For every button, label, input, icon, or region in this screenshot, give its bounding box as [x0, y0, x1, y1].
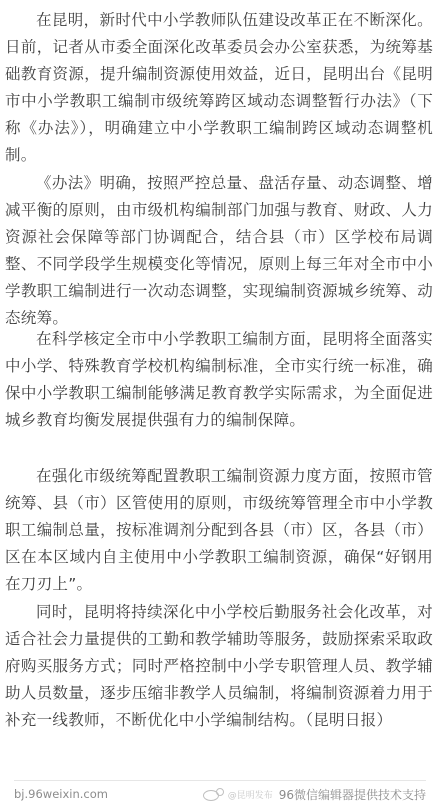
footer-right: @昆明发布 96微信编辑器提供技术支持: [203, 786, 426, 803]
paragraph-intro: 在昆明，新时代中小学教师队伍建设改革正在不断深化。日前，记者从市委全面深化改革委…: [5, 7, 433, 169]
paragraph-measures: 《办法》明确，按照严控总量、盘活存量、动态调整、增减平衡的原则，由市级机构编制部…: [5, 170, 433, 332]
watermark: @昆明发布: [203, 788, 273, 801]
paragraph-reform: 同时，昆明将持续深化中小学校后勤服务社会化改革，对适合社会力量提供的工勤和教学辅…: [5, 599, 433, 734]
weibo-icon: [203, 788, 225, 800]
watermark-text: @昆明发布: [228, 788, 273, 801]
support-text: 96微信编辑器提供技术支持: [279, 786, 426, 803]
site-link[interactable]: bj.96weixin.com: [14, 787, 108, 801]
footer: bj.96weixin.com @昆明发布 96微信编辑器提供技术支持: [14, 780, 426, 807]
paragraph-coordination: 在强化市级统筹配置教职工编制资源力度方面，按照市管统筹、县（市）区管使用的原则，…: [5, 463, 433, 598]
paragraph-standards: 在科学核定全市中小学教职工编制方面，昆明将全面落实中小学、特殊教育学校机构编制标…: [5, 326, 433, 434]
